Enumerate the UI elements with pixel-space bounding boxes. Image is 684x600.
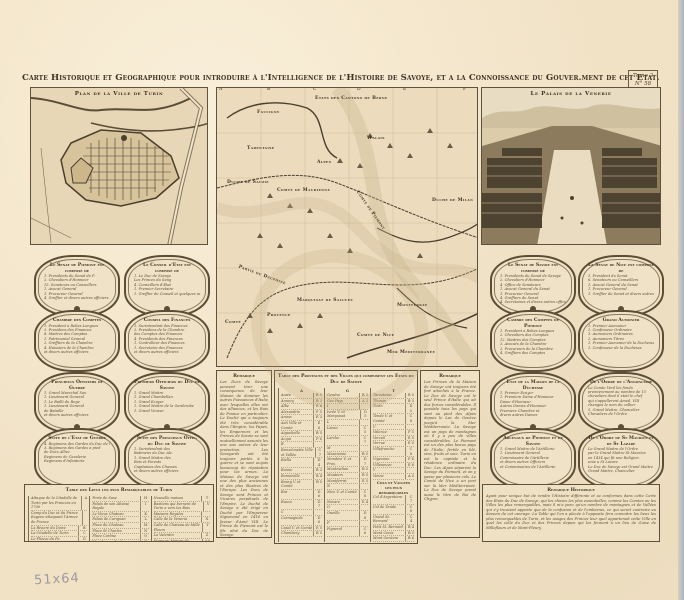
- row-label: Palais de son Altesse Royale: [92, 502, 140, 511]
- table-row: BraD 6: [281, 490, 322, 500]
- map-title: Carte Historique et Geographique pour in…: [22, 73, 632, 83]
- row-value: F 5: [313, 410, 322, 415]
- row-value: F 5: [405, 430, 414, 435]
- table-row: Mondovi V. et Prov.D 7: [327, 457, 368, 467]
- row-value: [405, 468, 414, 473]
- row-value: C 8: [405, 505, 414, 514]
- row-value: B 5: [359, 467, 368, 472]
- turin-plan-panel: Plan de la Ville de Turin: [30, 87, 208, 245]
- table-turin-grid: Attaque de la Citadelle de Turin par les…: [28, 496, 210, 542]
- row-value: B 5: [313, 480, 322, 489]
- row-label: Mont Cenis: [373, 531, 393, 536]
- row-value: B 4: [313, 474, 322, 479]
- table-provinces-column: GGenèveB 3Gex PaysA 3IIvrée V. et Marqui…: [324, 388, 368, 542]
- row-label: Acqui: [281, 437, 291, 442]
- cartouche-connector: [74, 424, 80, 430]
- map-label-berne: Etats des Cantons de Berne: [315, 96, 388, 101]
- row-value: C 8: [405, 414, 414, 423]
- cartouche-connector: [618, 424, 624, 430]
- row-label: V: [373, 425, 376, 430]
- map-label-walais: Walais: [367, 136, 385, 141]
- row-label: Place du Chateau: [92, 523, 123, 528]
- row-label: Casal V. et Comté: [281, 526, 312, 531]
- turin-plan-engraving: [31, 88, 208, 245]
- row-label: N: [327, 484, 330, 489]
- row-label: Mont Genèvre: [373, 536, 398, 541]
- row-label: La Riviere du Doire: [31, 526, 66, 531]
- table-turin-column: Attaque de la Citadelle de Turin par les…: [28, 496, 87, 542]
- table-provinces-column: AAosteB 5AnnecyB 3AlbeE 6AlexandrieF 5Ar…: [278, 388, 322, 542]
- row-label: Villefranche: [373, 447, 395, 456]
- row-label: Lanzo: [327, 426, 338, 435]
- row-label: Yenne: [373, 474, 384, 479]
- row-value: B 5: [313, 431, 322, 436]
- row-label: Vigne ou Maison de Madame la Duchesse: [154, 539, 202, 542]
- cartouche-connector: [74, 306, 80, 312]
- cartouche-arcenaux: Arcenaux de Piemont et de Savoye 1. Gran…: [490, 428, 576, 490]
- row-label: Nouvelle maison: [154, 496, 184, 501]
- cartouche-chambre-comptes: Chambre des Comptes 1. President a Robes…: [34, 310, 120, 372]
- row-value: C 8: [359, 490, 368, 499]
- pencil-inventory-note: 51x64: [34, 571, 81, 588]
- table-row: Grand St. BernardC 4: [373, 515, 414, 525]
- table-row: Attaque de la Citadelle de Turin par les…: [31, 496, 87, 511]
- row-label: Montferrat: [327, 479, 347, 484]
- row-value: B 5: [405, 531, 414, 536]
- row-value: E 4: [359, 500, 368, 505]
- row-value: B 5: [405, 393, 414, 398]
- cartouche-connector: [618, 306, 624, 312]
- row-label: Turin: [373, 404, 383, 413]
- row-value: M: [140, 523, 149, 528]
- row-label: Ivrée V. et Marquisat: [327, 410, 360, 419]
- row-label: Maurienne: [327, 452, 346, 457]
- cartouche-connector: [164, 306, 170, 312]
- table-row: Col de TendeC 8: [373, 505, 414, 515]
- table-row: VillefrancheC 8: [373, 447, 414, 457]
- row-label: Valence: [373, 430, 387, 435]
- row-label: Bourg V. et Comté: [281, 480, 313, 489]
- cartouche-connector: [530, 306, 536, 312]
- row-value: B 3: [313, 468, 322, 473]
- row-label: L: [327, 420, 329, 425]
- row-value: B 3: [405, 399, 414, 404]
- cartouche-conseil-finances: Conseil des Finances 1. Surintendant des…: [124, 310, 210, 372]
- grid-letter-c: C: [313, 87, 316, 92]
- table-provinces-footer: On ne marque ici que les Villes ou Lieux…: [278, 543, 414, 544]
- table-row: Mont GenèvreB 6: [373, 536, 414, 542]
- table-turin-column: Porte de SuseHPalais de son Altesse Roya…: [89, 496, 148, 542]
- row-value: D 6: [313, 516, 322, 525]
- row-value: [359, 420, 368, 425]
- row-label: La Valentin: [154, 533, 174, 538]
- savoy-map-panel: A B C D E F Etats des Cantons de Berne W…: [216, 87, 478, 367]
- map-label-saluces: Marquisat de Saluces: [297, 298, 353, 303]
- table-row: Tende V. et ComtéC 8: [373, 414, 414, 424]
- row-value: E 3: [313, 415, 322, 420]
- row-value: N: [140, 529, 149, 534]
- row-label: Bonneville: [281, 474, 300, 479]
- table-row: ChamberyB 5: [281, 531, 322, 537]
- row-value: V: [203, 502, 210, 511]
- row-value: E 5: [405, 441, 414, 446]
- row-value: I: [140, 502, 149, 511]
- row-value: B 3: [359, 393, 368, 398]
- table-row: BiellaD 4: [281, 458, 322, 468]
- row-value: [359, 505, 368, 510]
- table-row: Col d'ArgentiereC 7: [373, 495, 414, 505]
- map-label-faucigny: Faucigny: [257, 110, 280, 115]
- row-label: La Citadelle de Turin: [31, 531, 69, 536]
- table-provinces: Table des Provinces et des Villes qui co…: [274, 370, 418, 544]
- scan-edge: [678, 0, 684, 600]
- row-value: C 8: [405, 447, 414, 456]
- table-row: Palais de son Altesse RoyaleI: [92, 502, 148, 512]
- cartouche-connector: [164, 424, 170, 430]
- row-value: C 6: [359, 527, 368, 536]
- row-label: I: [327, 404, 328, 409]
- row-label: Montmelian: [327, 467, 348, 472]
- row-value: E 6: [313, 404, 322, 409]
- row-value: T: [201, 496, 210, 501]
- row-value: C 5: [359, 426, 368, 435]
- row-value: C: [78, 531, 87, 536]
- row-label: O: [327, 505, 330, 510]
- turin-plan-title: Plan de la Ville de Turin: [31, 91, 207, 97]
- row-value: B 6: [405, 536, 414, 541]
- row-value: Z: [201, 533, 210, 538]
- map-label-tarentaise: Tarentaise: [247, 146, 274, 151]
- row-label: Place St Charles: [92, 529, 121, 534]
- row-value: D 8: [359, 511, 368, 520]
- row-value: [82, 511, 88, 525]
- table-row: LarcheC 7: [327, 436, 368, 446]
- row-label: Maisons Royales: [154, 512, 184, 517]
- table-turin: Table des Lieux les plus Remarquables de…: [24, 484, 214, 542]
- row-label: Porte de Suse: [92, 496, 117, 501]
- row-label: M: [327, 446, 331, 451]
- cartouche-grand-aumonier: Grand Aumonier 1. Premier Aumonier 2. Co…: [578, 310, 664, 372]
- row-value: E 5: [405, 436, 414, 441]
- table-row: PignerolC 6: [327, 527, 368, 537]
- map-label-montferrat: Montferrat: [397, 303, 427, 308]
- row-label: Mondovi V. et Prov.: [327, 457, 359, 466]
- row-label: Albe: [281, 404, 289, 409]
- sub-section-heading: Cols et Vallées les plus remarquables: [373, 480, 414, 495]
- row-value: P: [140, 540, 149, 542]
- row-label: Moutiers: [327, 473, 343, 478]
- row-label: Marche aux herbes: [92, 540, 126, 542]
- row-label: Petit St. Bernard: [373, 525, 403, 530]
- row-value: D: [78, 537, 87, 542]
- table-row: Bastions qui bornent de Turin a vers les…: [154, 502, 210, 512]
- row-label: Asti Ville et Comté: [281, 421, 313, 430]
- row-value: D 4: [313, 458, 322, 467]
- map-label-savoie: Duché de Savoie: [227, 180, 269, 185]
- row-label: Arona: [281, 415, 292, 420]
- row-value: E 5: [359, 479, 368, 484]
- row-label: Tarentaise: [373, 393, 392, 398]
- table-row: Le Fleuve du PoD: [31, 537, 87, 542]
- row-label: Nice V. et Comté: [327, 490, 357, 499]
- row-value: E 5: [313, 526, 322, 531]
- map-label-mediterranee: Mer Méditerranée: [387, 350, 435, 355]
- map-label-comte: Comté: [225, 320, 241, 325]
- row-value: B 3: [313, 399, 322, 404]
- table-provinces-column: TTarentaiseB 5ThononB 3TurinD 5Tende V. …: [370, 388, 414, 542]
- table-row: Nice V. et ComtéC 8: [327, 490, 368, 500]
- table-row: Barcelonette Ville et ValléeC 7: [281, 448, 322, 458]
- row-label: Grand St. Bernard: [373, 515, 405, 524]
- row-label: Attaque de la Citadelle de Turin par les…: [31, 496, 81, 510]
- row-label: Y: [373, 468, 375, 473]
- row-value: [201, 512, 210, 517]
- row-label: Novare: [327, 500, 340, 505]
- row-label: Larche: [327, 436, 339, 445]
- row-label: P: [327, 521, 329, 526]
- row-value: [359, 521, 368, 526]
- row-label: Calle de Chateau de Mille Fleurs: [154, 523, 202, 532]
- table-row: Camp du Duc et du Prince Eugene attaquan…: [31, 511, 87, 526]
- cartouche-suite-guerre: Suite de l'Etat de Guerre 4. Regimens de…: [34, 428, 120, 490]
- row-value: A 5: [405, 474, 414, 479]
- row-label: Place Carline: [92, 534, 116, 539]
- row-value: C 7: [359, 436, 368, 445]
- row-label: C: [281, 510, 284, 515]
- row-label: Gex Pays: [327, 399, 343, 404]
- row-label: Col de Tende: [373, 505, 396, 514]
- row-value: D 6: [313, 490, 322, 499]
- row-label: Biella: [281, 458, 291, 467]
- row-value: F 6: [313, 437, 322, 442]
- cartouche-ordre-st-maurice: De l'Ordre de St Maurice et de St Lazare…: [578, 428, 664, 490]
- row-label: Camp du Duc et du Prince Eugene attaquan…: [31, 511, 82, 525]
- grid-letter-b: B: [267, 87, 270, 92]
- row-label: Busca: [281, 500, 292, 509]
- row-label: Annecy: [281, 399, 294, 404]
- table-row: OneilleD 8: [327, 511, 368, 521]
- grid-letter-d: D: [357, 87, 361, 92]
- grid-letter-e: E: [403, 87, 406, 92]
- row-label: Genève: [327, 393, 340, 398]
- row-value: E 6: [313, 421, 322, 430]
- row-value: [359, 446, 368, 451]
- row-value: B 5: [313, 393, 322, 398]
- row-value: L: [140, 517, 149, 522]
- savoy-map-engraving: [217, 88, 478, 367]
- row-value: B 5: [359, 452, 368, 457]
- row-value: [359, 404, 368, 409]
- cartouche-suite-principaux: Suite des Principaux Offic. du Duc de Sa…: [124, 428, 210, 490]
- cartouche-cambre-comptes-piemont: Cambre des Comptes de Piemont 1. Preside…: [490, 310, 576, 372]
- row-value: A: [81, 496, 87, 510]
- row-label: Verceil: [373, 436, 385, 441]
- map-label-milan: Duché de Milan: [432, 198, 473, 203]
- grid-letter-f: F: [463, 87, 466, 92]
- palace-engraving: [482, 88, 661, 245]
- map-label-maurienne: Comté de Maurienne: [277, 188, 330, 193]
- row-value: AA: [202, 539, 210, 542]
- remarque-left: Remarque Les Ducs de Savoye peuvent tire…: [216, 370, 272, 538]
- row-value: K: [140, 512, 149, 517]
- row-label: Thonon: [373, 399, 386, 404]
- row-value: C 4: [405, 515, 414, 524]
- row-label: Le Vieux Chateau: [92, 512, 123, 517]
- table-row: Asti Ville et ComtéE 6: [281, 421, 322, 431]
- row-value: [359, 484, 368, 489]
- row-value: D 7: [359, 457, 368, 466]
- row-label: Chambery: [281, 531, 299, 536]
- row-label: Alexandrie: [281, 410, 300, 415]
- map-label-provence: Provence: [267, 313, 291, 318]
- row-value: D 5: [360, 410, 368, 419]
- palace-title: Le Palais de la Venerie: [482, 91, 660, 97]
- row-label: Aoste: [281, 393, 291, 398]
- row-value: F 4: [405, 457, 414, 462]
- cartouche-connector: [530, 424, 536, 430]
- row-value: A 3: [359, 399, 368, 404]
- table-row: Ivrée V. et MarquisatD 5: [327, 410, 368, 420]
- row-value: [313, 510, 322, 515]
- map-label-nice: Comté de Nice: [357, 333, 394, 338]
- row-label: Oneille: [327, 511, 340, 520]
- table-row: TurinD 5: [373, 404, 414, 414]
- row-label: Pignerol: [327, 527, 342, 536]
- table-row: Vigne ou Maison de Madame la DuchesseAA: [154, 539, 210, 542]
- remarque-historique: Remarque Historique Ayant pour unique bu…: [482, 484, 660, 542]
- palace-venerie-panel: Le Palais de la Venerie: [481, 87, 661, 245]
- row-value: Y: [202, 523, 210, 532]
- table-row: Calle de Chateau de Mille FleursY: [154, 523, 210, 533]
- row-label: Bonne: [281, 468, 292, 473]
- row-label: Tende V. et Comté: [373, 414, 405, 423]
- table-row: LanzoC 5: [327, 426, 368, 436]
- row-value: C 7: [405, 495, 414, 504]
- row-value: X: [201, 517, 210, 522]
- row-value: B 5: [313, 531, 322, 536]
- row-label: B: [281, 442, 284, 447]
- row-value: [405, 425, 414, 430]
- map-label-alpes: Alpes: [317, 160, 331, 165]
- row-value: H: [140, 496, 149, 501]
- row-label: Bra: [281, 490, 287, 499]
- row-value: B: [78, 526, 87, 531]
- row-label: Verrue: [373, 441, 385, 446]
- row-label: Bastions qui bornent de Turin a vers les…: [154, 502, 204, 511]
- row-label: Carmagnole: [281, 516, 303, 525]
- row-label: Le Fleuve du Po: [31, 537, 59, 542]
- row-value: [313, 442, 322, 447]
- table-row: CarmagnoleD 6: [281, 516, 322, 526]
- grid-letter-a: A: [219, 87, 222, 92]
- table-turin-column: Nouvelle maisonTBastions qui bornent de …: [151, 496, 210, 542]
- row-value: E 6: [405, 463, 414, 468]
- row-value: C 7: [315, 448, 322, 457]
- row-label: Vigevano: [373, 457, 389, 462]
- row-value: D 7: [313, 500, 322, 509]
- table-row: Bourg V. et ComtéB 5: [281, 480, 322, 490]
- row-value: O: [140, 534, 149, 539]
- row-label: Col d'Argentiere: [373, 495, 402, 504]
- row-value: D 5: [405, 404, 414, 413]
- row-label: Barcelonette Ville et Vallée: [281, 448, 315, 457]
- table-provinces-grid: AAosteB 5AnnecyB 3AlbeE 6AlexandrieF 5Ar…: [278, 388, 414, 542]
- row-label: Aiguebelle: [281, 431, 300, 436]
- row-value: B 4: [405, 525, 414, 530]
- row-label: Palais de Carignan: [92, 517, 125, 522]
- table-row: BuscaD 7: [281, 500, 322, 510]
- table-row: Marche aux herbesP: [92, 540, 148, 542]
- row-label: Calle de la Veneria: [154, 517, 187, 522]
- remarque-right: Remarque Les Princes de la Maison de Sav…: [420, 370, 480, 538]
- row-value: B 5: [359, 473, 368, 478]
- row-label: Villeneuve: [373, 463, 392, 468]
